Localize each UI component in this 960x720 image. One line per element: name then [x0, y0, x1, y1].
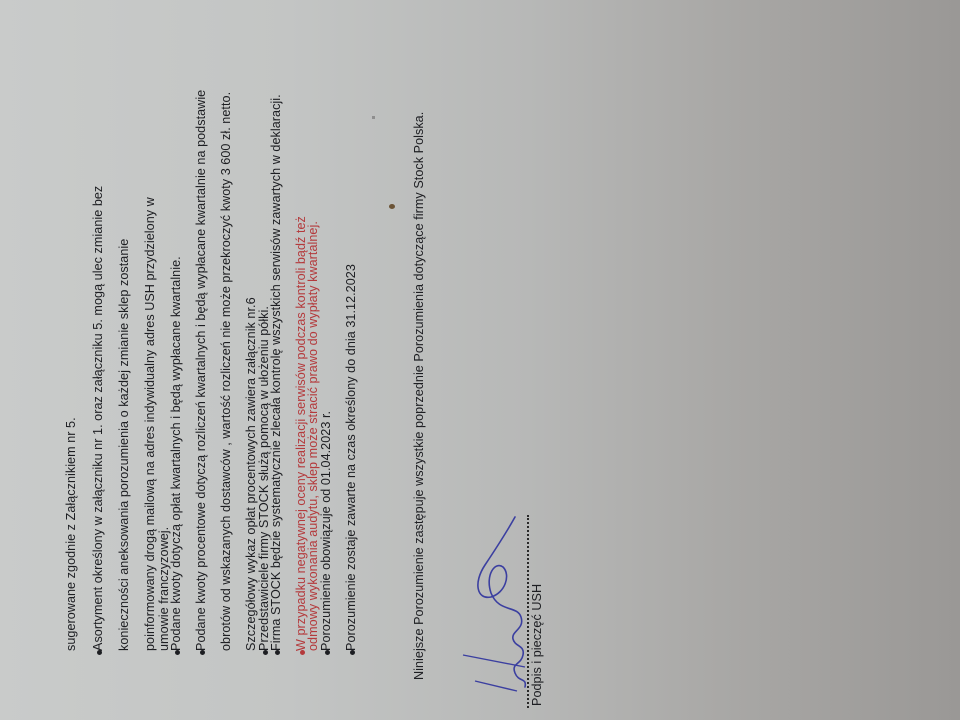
- signature-label: Podpis i pieczęć USH: [530, 584, 544, 706]
- document-line: obrotów od wskazanych dostawców , wartoś…: [219, 92, 233, 651]
- bullet-icon: [97, 650, 102, 655]
- paper-speck: [389, 204, 395, 209]
- document-line: Podane kwoty dotyczą opłat kwartalnych i…: [169, 256, 183, 651]
- bullet-icon: [325, 650, 330, 655]
- document-line: Firma STOCK będzie systematycznie zlecał…: [269, 94, 283, 651]
- document-line: Podane kwoty procentowe dotyczą rozlicze…: [194, 90, 208, 651]
- document-line: poinformowany drogą mailową na adres ind…: [143, 197, 157, 651]
- document-line: Porozumienie obowiązuje od 01.04.2023 r.: [319, 411, 333, 651]
- document-line: konieczności aneksowania porozumienia o …: [117, 239, 131, 651]
- document-page: sugerowane zgodnie z Załącznikiem nr 5.A…: [0, 0, 960, 720]
- bullet-icon: [263, 650, 268, 655]
- bullet-icon: [175, 650, 180, 655]
- document-line: Porozumienie zostaje zawarte na czas okr…: [344, 264, 358, 651]
- paper-speck: [372, 116, 375, 119]
- document-line: odmowy wykonania audytu, sklep może stra…: [306, 221, 320, 651]
- document-line: sugerowane zgodnie z Załącznikiem nr 5.: [64, 417, 78, 651]
- bullet-icon: [200, 650, 205, 655]
- closing-statement: Niniejsze Porozumienie zastępuje wszystk…: [412, 112, 426, 680]
- document-line: Asortyment określony w załączniku nr 1. …: [91, 186, 105, 651]
- bullet-icon: [350, 650, 355, 655]
- bullet-icon: [275, 650, 280, 655]
- bullet-icon: [300, 650, 305, 655]
- document-line: Szczegółowy wykaz opłat procentowych zaw…: [244, 297, 258, 651]
